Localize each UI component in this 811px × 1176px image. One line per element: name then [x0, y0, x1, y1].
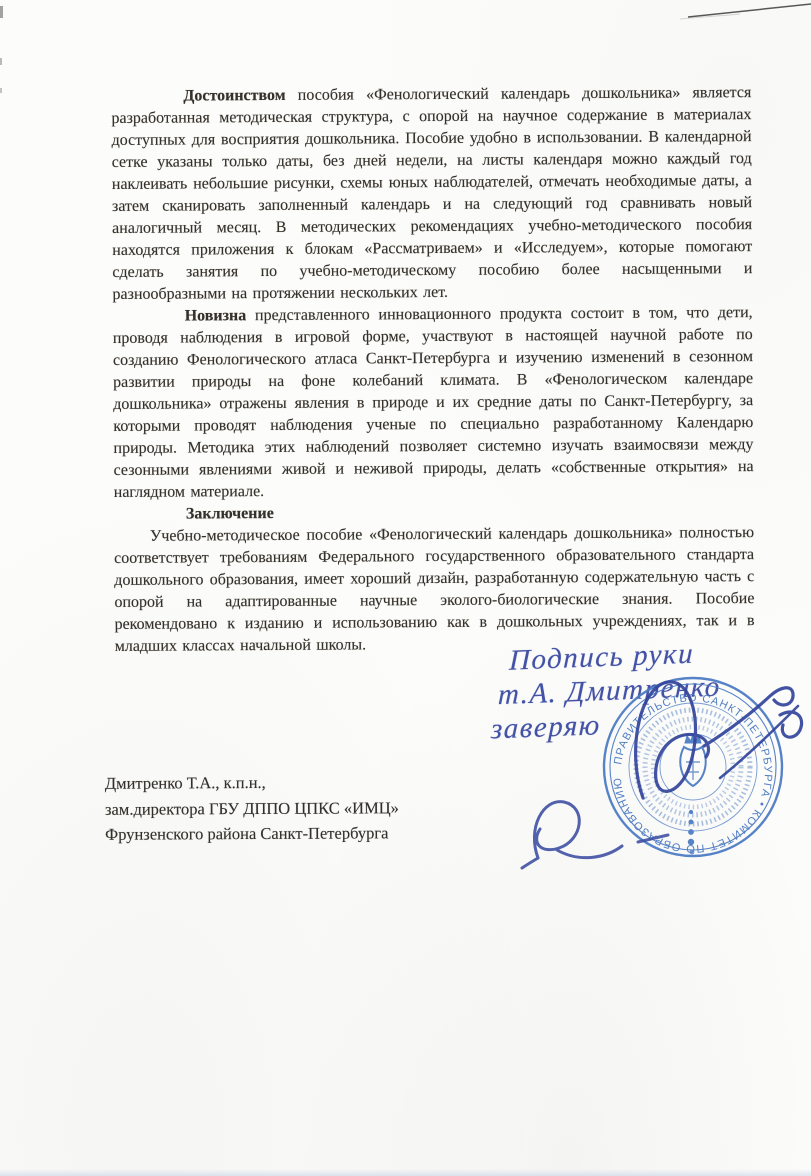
paragraph-text: представленного инновационного продукта …: [113, 304, 754, 501]
edge-speck: [0, 58, 2, 65]
paragraph-merits: Достоинством пособия «Фенологический кал…: [111, 82, 752, 306]
edge-speck: [0, 6, 3, 18]
document-text-block: Достоинством пособия «Фенологический кал…: [111, 82, 754, 658]
signatory-name: Дмитренко Т.А., к.п.н.,: [105, 769, 399, 796]
scan-scratch-line: [660, 0, 811, 40]
signatory-district: Фрунзенского района Санкт-Петербурга: [105, 820, 399, 847]
director-signature-flourish: [636, 682, 802, 798]
signature-overlay: [440, 620, 811, 890]
secondary-signature-flourish: [522, 802, 668, 868]
paragraph-lead-word: Достоинством: [183, 87, 285, 105]
signatory-block: Дмитренко Т.А., к.п.н., зам.директора ГБ…: [105, 769, 399, 847]
scan-bottom-edge: [0, 1169, 811, 1176]
paragraph-novelty: Новизна представленного инновационного п…: [113, 302, 754, 504]
paragraph-lead-word: Новизна: [185, 307, 247, 324]
signatory-title: зам.директора ГБУ ДППО ЦПКС «ИМЦ»: [105, 795, 399, 822]
scanned-document-page: Достоинством пособия «Фенологический кал…: [0, 0, 811, 1176]
edge-speck: [0, 88, 2, 93]
paragraph-text: пособия «Фенологический календарь дошкол…: [111, 84, 752, 303]
